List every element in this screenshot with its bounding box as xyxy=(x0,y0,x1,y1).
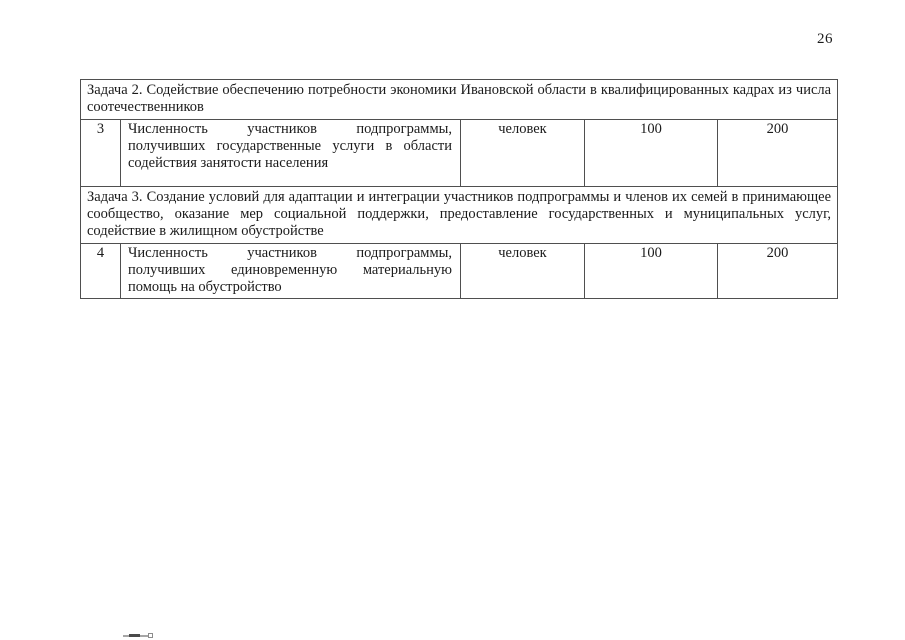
unit-of-measure: человек xyxy=(461,120,585,187)
value-column-2: 200 xyxy=(718,244,838,299)
value-column-1: 100 xyxy=(585,244,718,299)
table-row: 3 Численность участников подпрограммы, п… xyxy=(81,120,838,187)
indicator-name: Численность участников подпрограммы, пол… xyxy=(121,120,461,187)
scan-artifact-dark-segment xyxy=(129,634,140,637)
table-row: 4 Численность участников подпрограммы, п… xyxy=(81,244,838,299)
page-number: 26 xyxy=(817,31,833,48)
section-header-task-2: Задача 2. Содействие обеспечению потребн… xyxy=(81,80,838,120)
indicator-name: Численность участников подпрограммы, пол… xyxy=(121,244,461,299)
unit-of-measure: человек xyxy=(461,244,585,299)
scan-artifact-dot xyxy=(148,633,153,638)
value-column-1: 100 xyxy=(585,120,718,187)
row-number: 3 xyxy=(81,120,121,187)
row-number: 4 xyxy=(81,244,121,299)
indicators-table: Задача 2. Содействие обеспечению потребн… xyxy=(80,79,838,299)
table-row-section-header: Задача 2. Содействие обеспечению потребн… xyxy=(81,80,838,120)
table-row-section-header: Задача 3. Создание условий для адаптации… xyxy=(81,187,838,244)
value-column-2: 200 xyxy=(718,120,838,187)
section-header-task-3: Задача 3. Создание условий для адаптации… xyxy=(81,187,838,244)
